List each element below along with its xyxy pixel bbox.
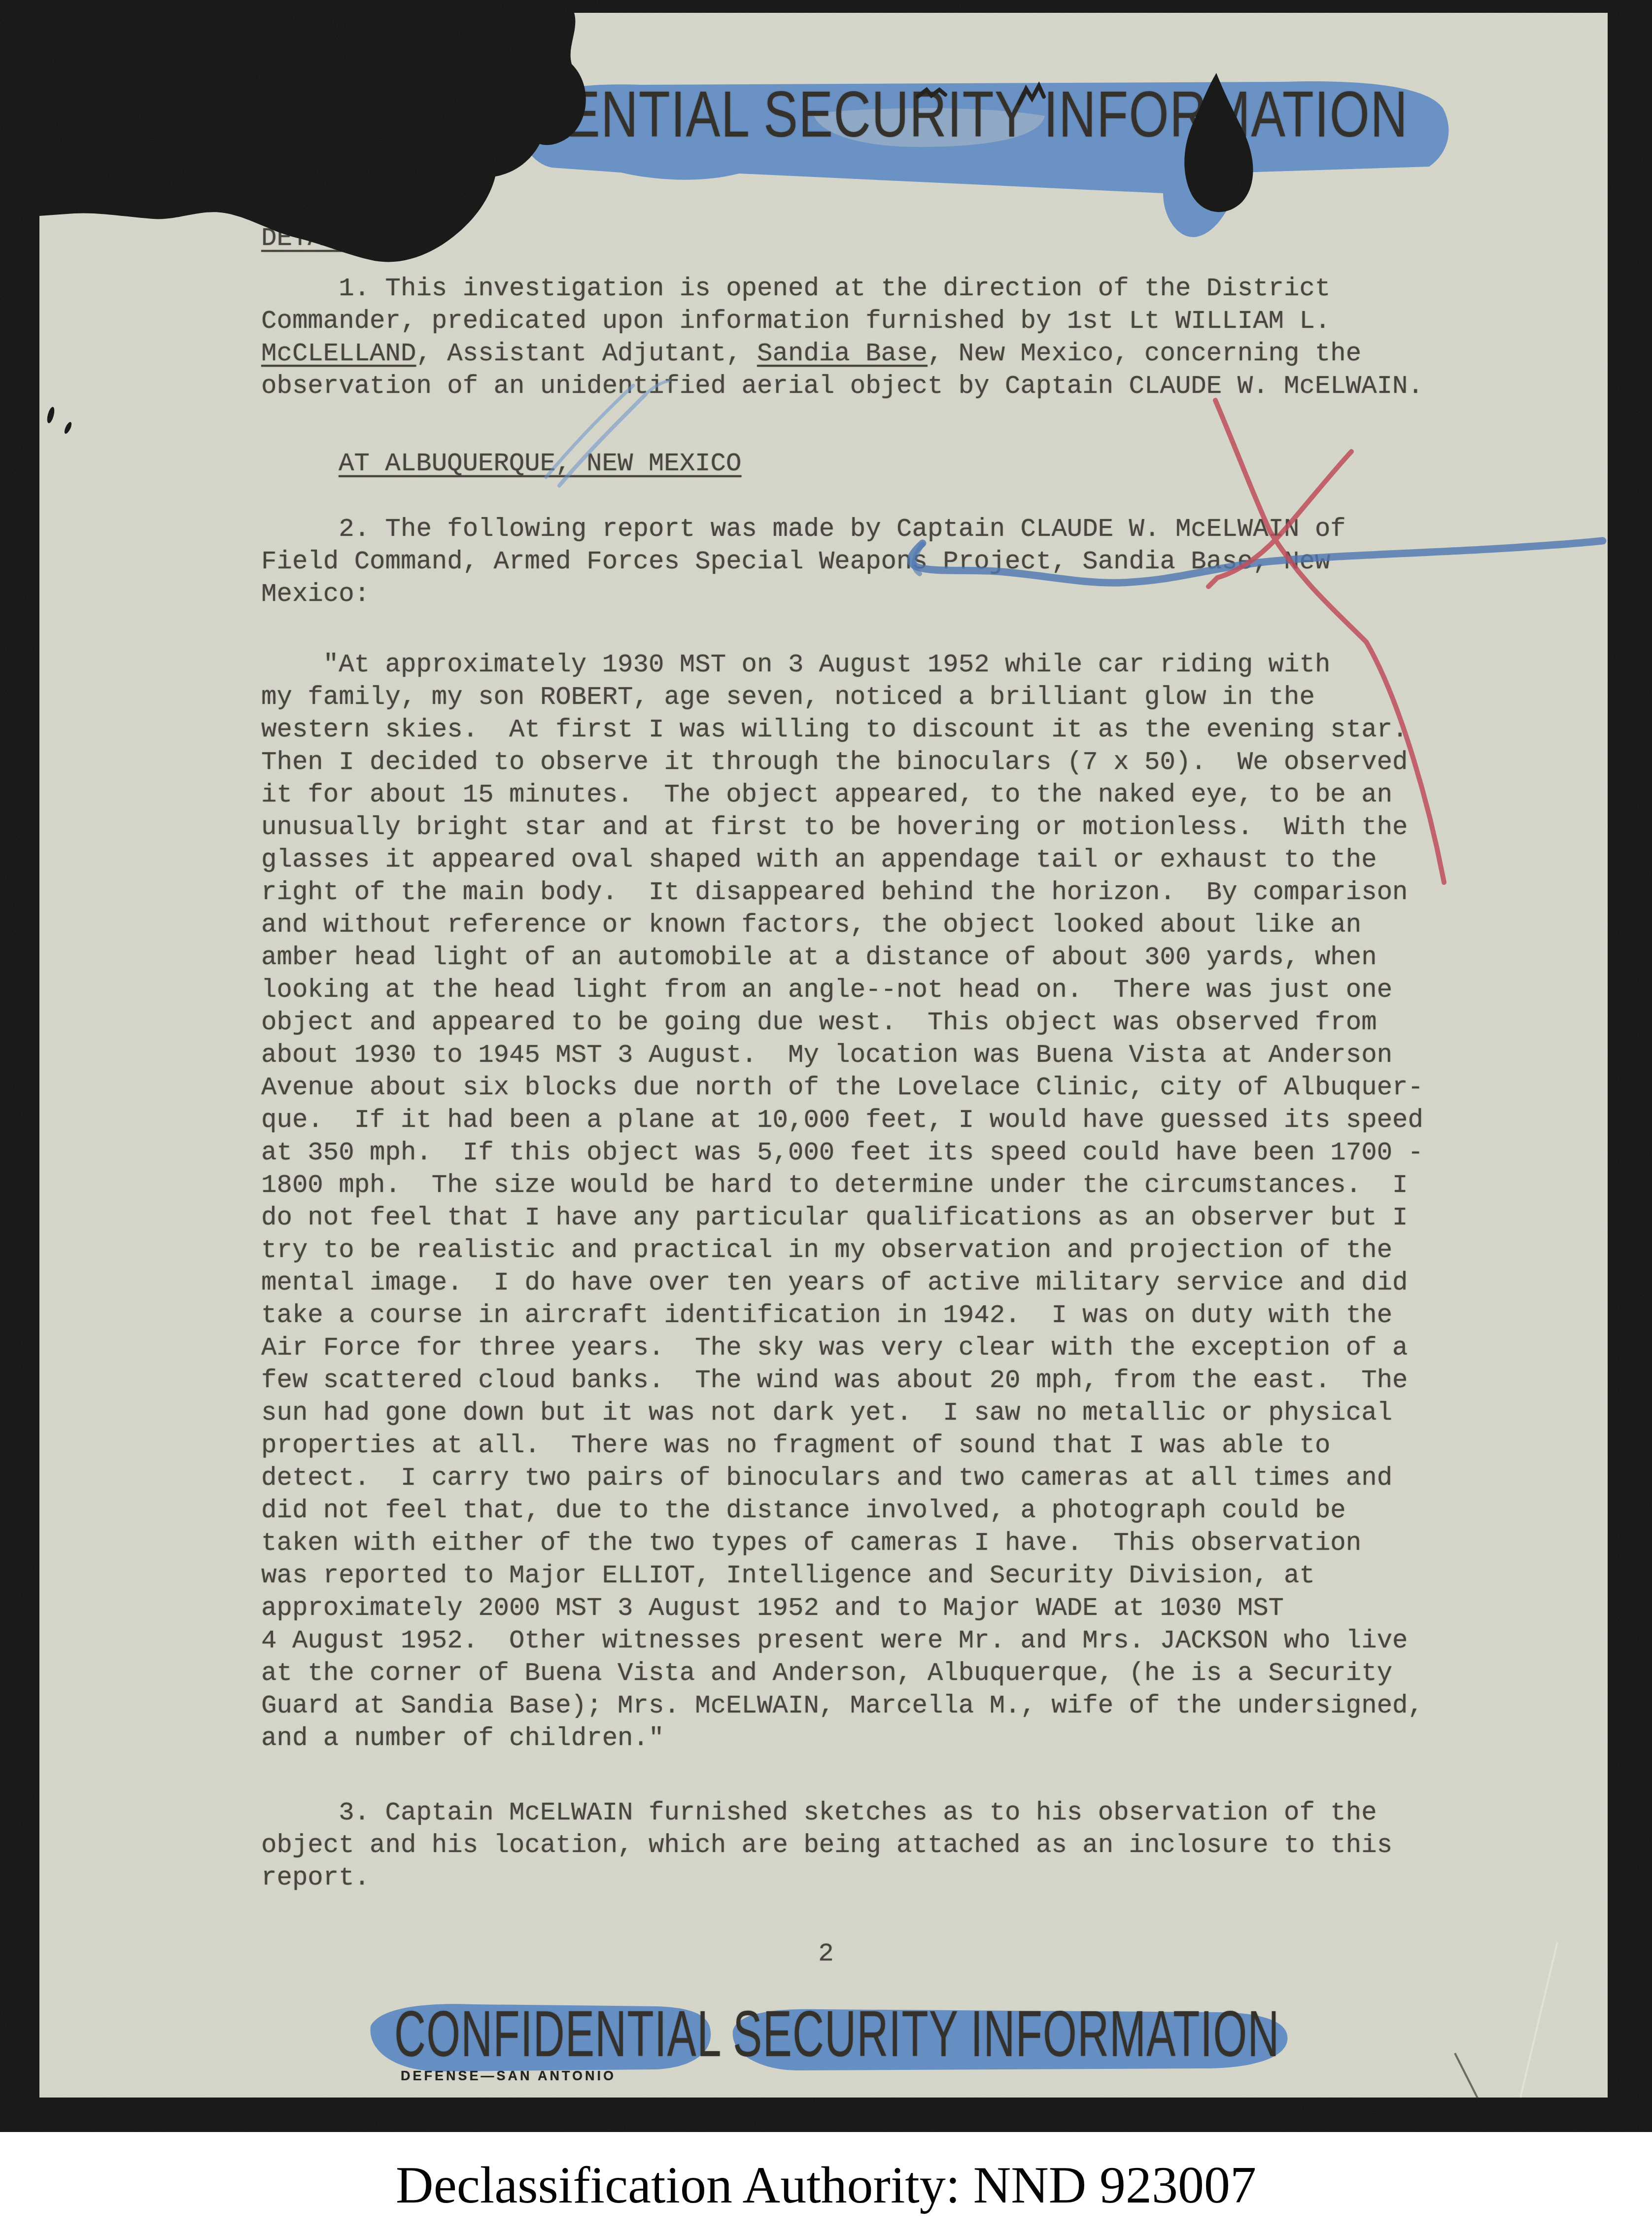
location-heading: AT ALBUQUERQUE, NEW MEXICO [339,447,741,480]
typed-line: report. [261,1861,1392,1894]
witness-statement: "At approximately 1930 MST on 3 August 1… [261,648,1423,1754]
header-classification-stamp: ENTIAL SECURITY INFORMATION [566,82,1408,147]
typed-line: Air Force for three years. The sky was v… [261,1331,1423,1364]
typed-line: Avenue about six blocks due north of the… [261,1071,1423,1104]
paragraph-2: 2. The following report was made by Capt… [261,513,1346,610]
typed-line: que. If it had been a plane at 10,000 fe… [261,1104,1423,1136]
page-number: 2 [0,1937,1652,1970]
typed-line: 4 August 1952. Other witnesses present w… [261,1624,1423,1657]
typed-line: approximately 2000 MST 3 August 1952 and… [261,1592,1423,1624]
typed-line: my family, my son ROBERT, age seven, not… [261,681,1423,713]
typed-line: object and his location, which are being… [261,1829,1392,1861]
typed-line: looking at the head light from an angle-… [261,974,1423,1006]
typed-line: object and appeared to be going due west… [261,1006,1423,1039]
typed-line: western skies. At first I was willing to… [261,713,1423,746]
typed-line: Commander, predicated upon information f… [261,305,1423,337]
scanned-document-page: ENTIAL SECURITY INFORMATION CONFIDENTIAL… [0,0,1652,2238]
typed-line: sun had gone down but it was not dark ye… [261,1397,1423,1429]
typed-line: take a course in aircraft identification… [261,1299,1423,1331]
paragraph-1: 1. This investigation is opened at the d… [261,272,1423,402]
typed-line: at 350 mph. If this object was 5,000 fee… [261,1136,1423,1169]
typed-line: unusually bright star and at first to be… [261,811,1423,843]
typed-line: mental image. I do have over ten years o… [261,1266,1423,1299]
typed-line: was reported to Major ELLIOT, Intelligen… [261,1559,1423,1592]
typed-line: McCLELLAND, Assistant Adjutant, Sandia B… [261,337,1423,370]
typed-line: 3. Captain McELWAIN furnished sketches a… [261,1796,1392,1829]
typed-line: glasses it appeared oval shaped with an … [261,843,1423,876]
typed-line: observation of an unidentified aerial ob… [261,370,1423,402]
typed-line: and without reference or known factors, … [261,909,1423,941]
typed-line: do not feel that I have any particular q… [261,1201,1423,1234]
typed-line: at the corner of Buena Vista and Anderso… [261,1657,1423,1689]
typed-line: 2. The following report was made by Capt… [261,513,1346,545]
typed-line: Mexico: [261,578,1346,610]
typed-line: and a number of children." [261,1722,1423,1754]
typed-line: properties at all. There was no fragment… [261,1429,1423,1462]
typed-line: Field Command, Armed Forces Special Weap… [261,545,1346,578]
typed-line: Guard at Sandia Base); Mrs. McELWAIN, Ma… [261,1689,1423,1722]
declassification-text: Declassification Authority: NND 923007 [396,2155,1256,2215]
typed-line: detect. I carry two pairs of binoculars … [261,1462,1423,1494]
typed-line: try to be realistic and practical in my … [261,1234,1423,1266]
printer-stamp: DEFENSE—SAN ANTONIO [401,2068,616,2084]
typed-line: few scattered cloud banks. The wind was … [261,1364,1423,1397]
paragraph-3: 3. Captain McELWAIN furnished sketches a… [261,1796,1392,1894]
footer-classification-stamp: CONFIDENTIAL SECURITY INFORMATION [394,2001,1280,2066]
typed-line: taken with either of the two types of ca… [261,1527,1423,1559]
typed-line: "At approximately 1930 MST on 3 August 1… [261,648,1423,681]
declassification-banner: Declassification Authority: NND 923007 [0,2132,1652,2238]
typed-line: right of the main body. It disappeared b… [261,876,1423,909]
typed-line: 1. This investigation is opened at the d… [261,272,1423,305]
typed-line: Then I decided to observe it through the… [261,746,1423,778]
typed-line: it for about 15 minutes. The object appe… [261,778,1423,811]
typed-line: about 1930 to 1945 MST 3 August. My loca… [261,1039,1423,1071]
typed-line: 1800 mph. The size would be hard to dete… [261,1169,1423,1201]
details-heading: DETAILS: [261,222,385,254]
typed-line: amber head light of an automobile at a d… [261,941,1423,974]
typed-line: did not feel that, due to the distance i… [261,1494,1423,1527]
